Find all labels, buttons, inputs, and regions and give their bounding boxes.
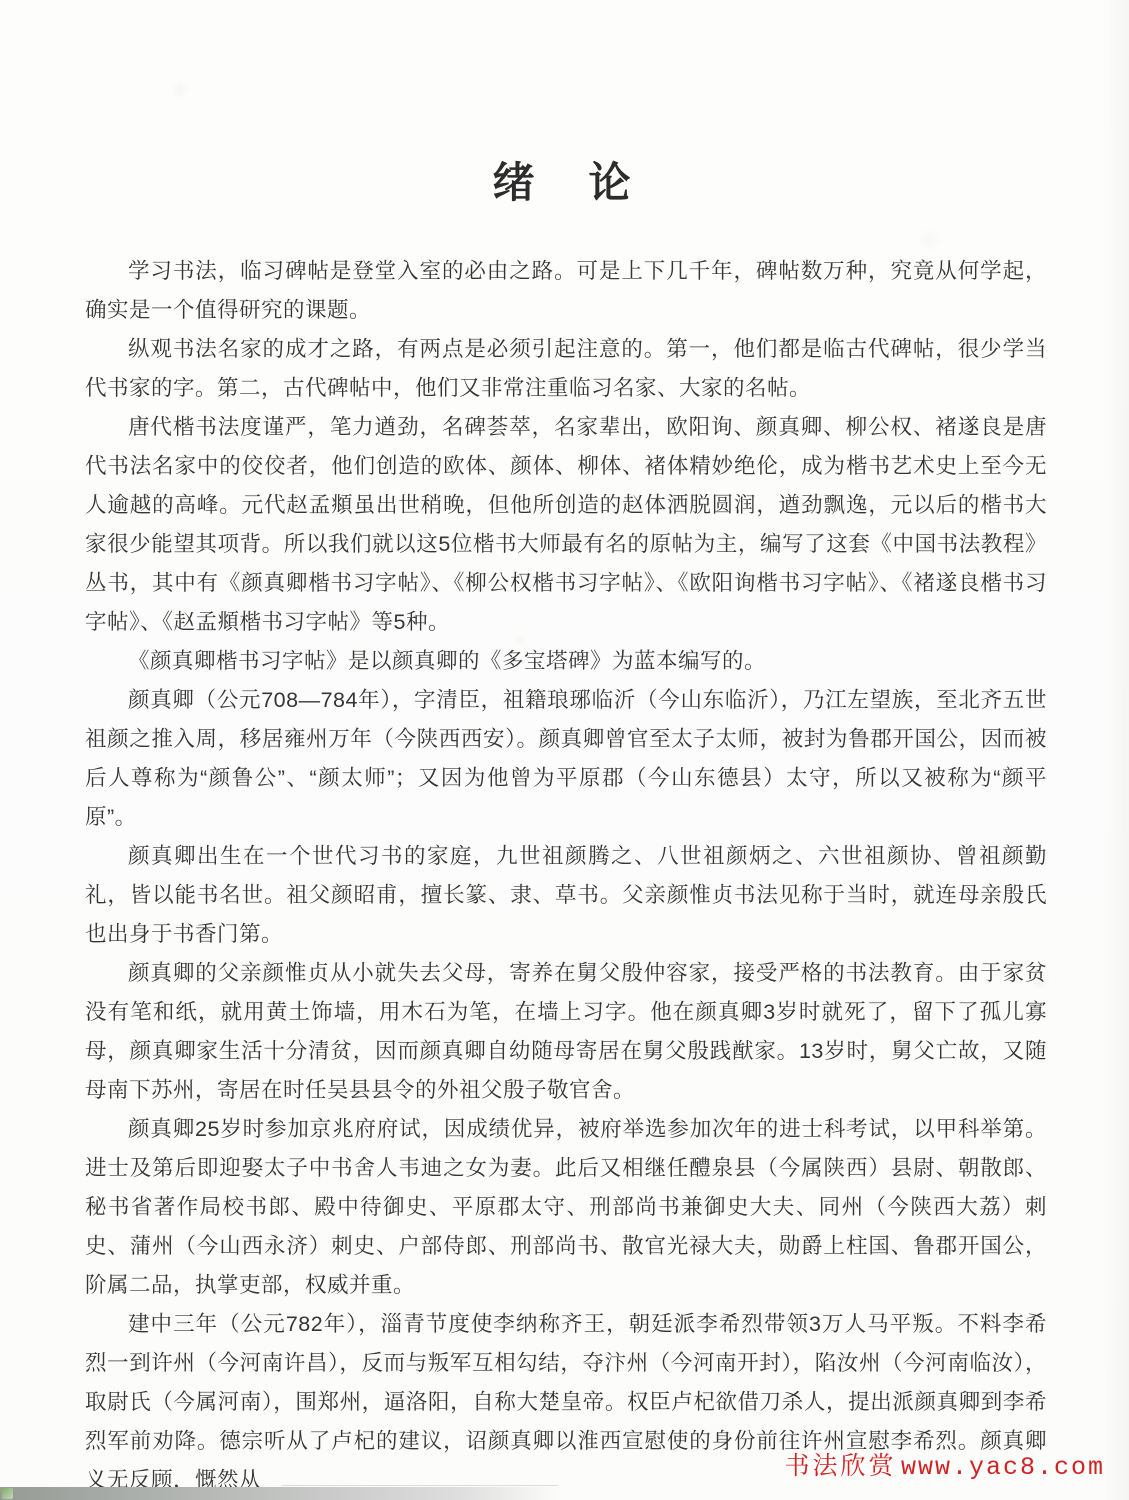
paragraph: 颜真卿出生在一个世代习书的家庭，九世祖颜腾之、八世祖颜炳之、六世祖颜协、曾祖颜勤… (85, 837, 1047, 954)
paragraph: 《颜真卿楷书习字帖》是以颜真卿的《多宝塔碑》为蓝本编写的。 (85, 642, 1047, 681)
footer-scan-bar (0, 1487, 560, 1500)
paragraph: 纵观书法名家的成才之路，有两点是必须引起注意的。第一，他们都是临古代碑帖，很少学… (85, 330, 1047, 408)
footer-icon (2, 1488, 13, 1499)
scanned-book-page: 绪 论 学习书法，临习碑帖是登堂入室的必由之路。可是上下几千年，碑帖数万种，究竟… (0, 0, 1129, 1500)
body-text: 学习书法，临习碑帖是登堂入室的必由之路。可是上下几千年，碑帖数万种，究竟从何学起… (85, 252, 1047, 1500)
paragraph: 颜真卿的父亲颜惟贞从小就失去父母，寄养在舅父殷仲容家，接受严格的书法教育。由于家… (85, 954, 1047, 1110)
paragraph: 学习书法，临习碑帖是登堂入室的必由之路。可是上下几千年，碑帖数万种，究竟从何学起… (85, 252, 1047, 330)
watermark-site-name: 书法欣赏 (785, 1452, 897, 1480)
paragraph: 颜真卿（公元708—784年），字清臣，祖籍琅琊临沂（今山东临沂），乃江左望族，… (85, 681, 1047, 837)
scan-artifact-line (282, 1485, 558, 1486)
page-title: 绪 论 (0, 0, 1129, 210)
paragraph: 颜真卿25岁时参加京兆府府试，因成绩优异，被府举选参加次年的进士科考试，以甲科举… (85, 1110, 1047, 1305)
paragraph: 唐代楷书法度谨严，笔力遒劲，名碑荟萃，名家辈出，欧阳询、颜真卿、柳公权、褚遂良是… (85, 408, 1047, 642)
watermark: 书法欣赏 www.yac8.com (785, 1446, 1106, 1482)
watermark-url: www.yac8.com (901, 1453, 1105, 1482)
